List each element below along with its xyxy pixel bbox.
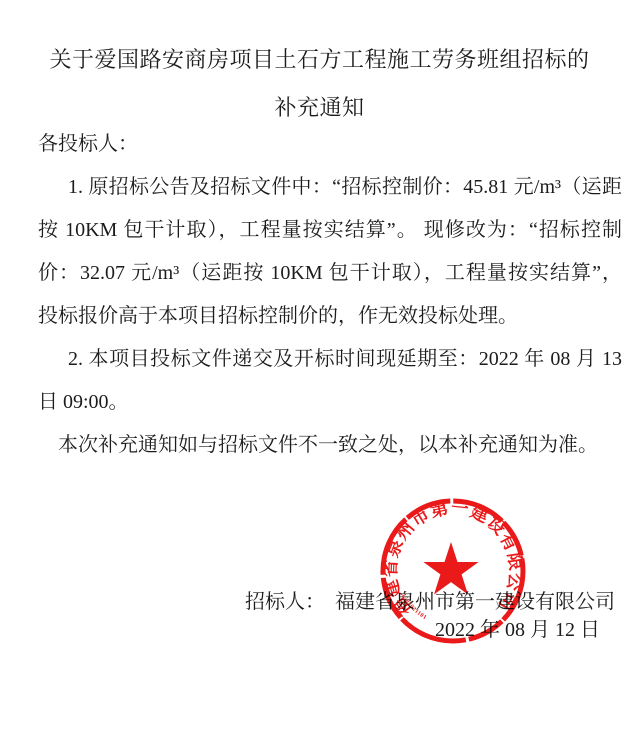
salutation: 各投标人：: [38, 123, 622, 166]
body-line: 1. 原招标公告及招标文件中：“招标控制价：45.81 元/m³（运距: [38, 166, 622, 209]
body-line: 本次补充通知如与招标文件不一致之处，以本补充通知为准。: [38, 424, 622, 467]
company-seal: 福建省泉州市第一建设有限公司 1505021101: [373, 491, 533, 651]
notice-document-page: 关于爱国路安商房项目土石方工程施工劳务班组招标的 补充通知 各投标人： 1. 原…: [0, 0, 639, 731]
bidder-label: 招标人：: [245, 591, 325, 613]
body-line: 按 10KM 包干计取），工程量按实结算”。 现修改为：“招标控制: [38, 209, 622, 252]
star-icon: [423, 542, 478, 595]
body-line: 投标报价高于本项目招标控制价的，作无效投标处理。: [38, 295, 622, 338]
document-body: 各投标人： 1. 原招标公告及招标文件中：“招标控制价：45.81 元/m³（运…: [38, 123, 622, 467]
title-line-1: 关于爱国路安商房项目土石方工程施工劳务班组招标的: [0, 36, 639, 84]
document-title: 关于爱国路安商房项目土石方工程施工劳务班组招标的 补充通知: [0, 36, 639, 132]
body-line: 日 09:00。: [38, 381, 622, 424]
body-line: 2. 本项目投标文件递交及开标时间现延期至：2022 年 08 月 13: [38, 338, 622, 381]
body-line: 价：32.07 元/m³（运距按 10KM 包干计取），工程量按实结算”，: [38, 252, 622, 295]
